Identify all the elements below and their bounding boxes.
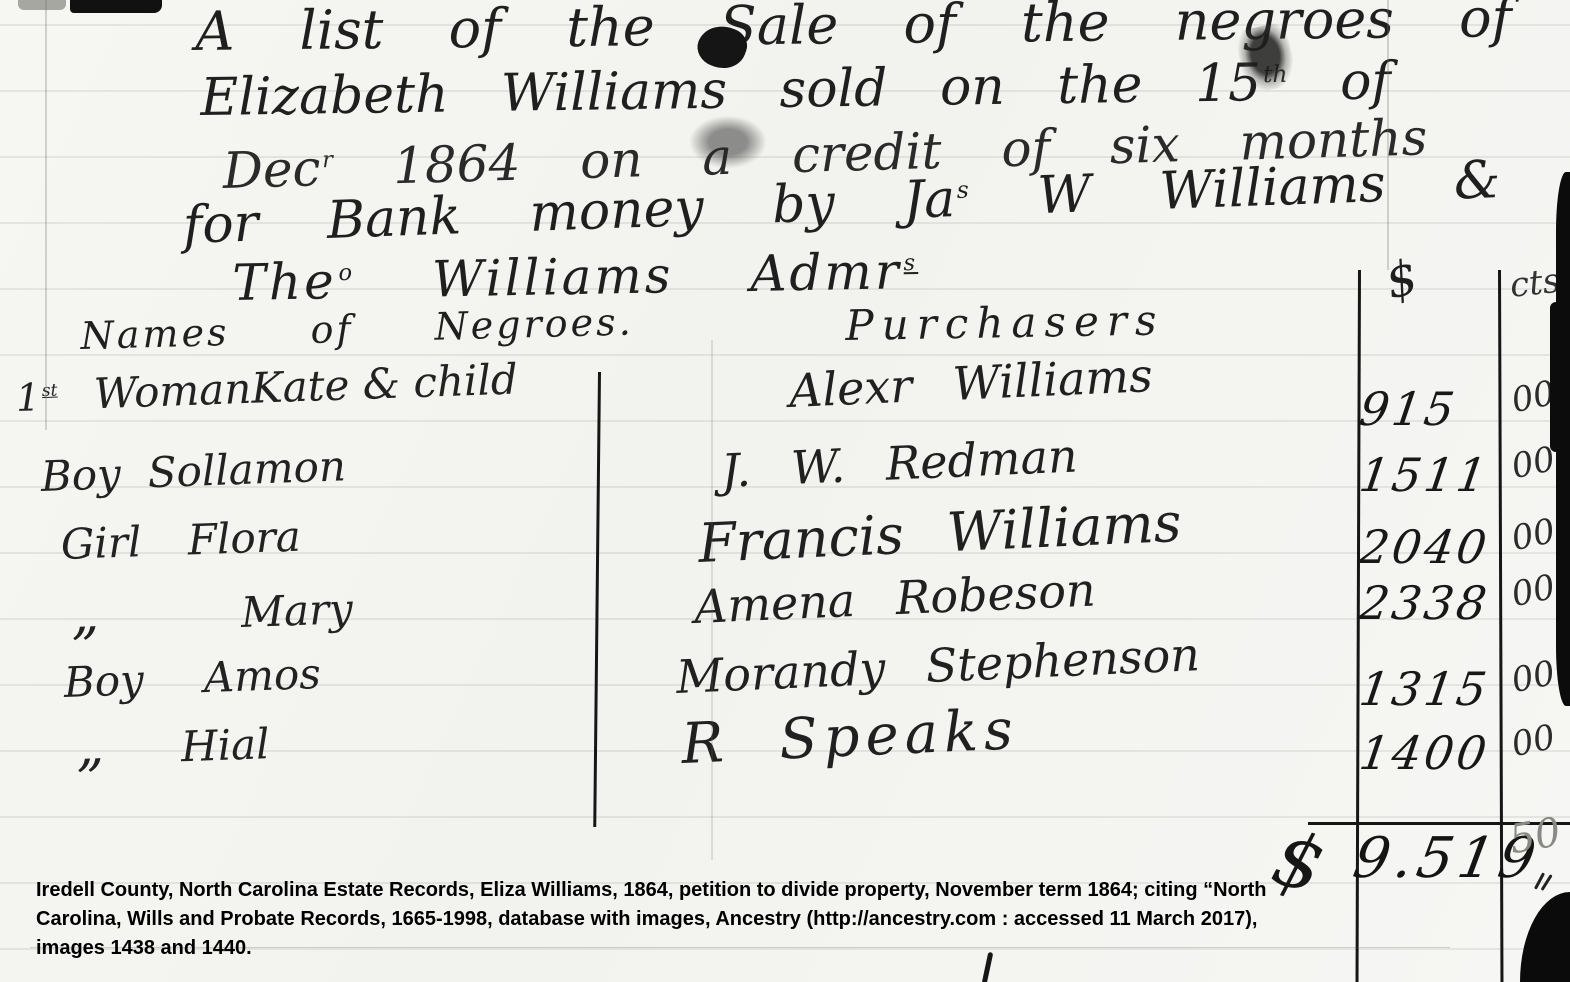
amount-cents: 00 [1508,653,1559,701]
amount-dollars: 915 [1356,382,1460,436]
citation-line: Iredell County, North Carolina Estate Re… [36,876,1346,905]
purchaser-name: R Speaks [680,697,1020,777]
name-label: Amos [203,649,322,702]
name-label: Kate & child [250,354,518,412]
amount-dollars: 2040 [1356,520,1460,574]
ditto-mark: „ [75,716,182,774]
amount-cents: 00 [1508,511,1559,559]
enslaved-person-name: „Hial [75,713,270,775]
paper-fold-line [711,340,713,860]
name-label: Mary [240,584,354,637]
citation-line: images 1438 and 1440. [36,934,1346,963]
document-scan: A list of the Sale of the negroes of Eli… [0,0,1570,982]
enslaved-person-name: GirlFlora [60,512,302,569]
citation-caption: Iredell County, North Carolina Estate Re… [36,876,1346,963]
scan-edge-artifact [1556,172,1570,706]
ink-blot [70,0,162,13]
name-label: Flora [187,512,302,565]
cents-column-header: cts [1508,261,1562,306]
ditto-mark: „ [70,582,242,642]
total-cents: 50 [1506,809,1564,863]
enslaved-person-name: 1stWomanKate & child [15,354,518,420]
row-ordinal: 1st [15,373,94,420]
enslaved-person-name: BoySollamon [40,441,347,501]
name-label: Hial [180,719,270,771]
name-prefix: Woman [93,364,252,418]
table-row: 1stWomanKate & child Alexr Williams 915 … [0,360,1570,446]
paper-fold-line [1387,0,1389,270]
amount-cents: 00 [1508,567,1559,615]
paper-fold-line [45,0,47,430]
name-prefix: Boy [40,448,149,501]
purchaser-name: Alexr Williams [788,348,1154,418]
names-column-header: Names of Negroes. [80,300,634,358]
table-row: „Hial R Speaks 1400 00 [0,708,1570,794]
enslaved-person-name: BoyAmos [63,649,322,707]
name-prefix: Boy [63,653,205,707]
enslaved-person-name: „Mary [70,578,354,643]
scan-corner-artifact [1520,892,1570,982]
ink-smudge [690,116,766,168]
name-label: Sollamon [147,441,347,497]
amount-dollars: 1511 [1356,448,1460,502]
purchasers-column-header: Purchasers [845,295,1165,350]
amount-dollars: 2338 [1356,576,1460,630]
citation-line: Carolina, Wills and Probate Records, 166… [36,905,1346,934]
amount-cents: 00 [1508,717,1559,765]
amount-dollars: 1400 [1356,726,1460,780]
name-prefix: Girl [60,516,189,569]
